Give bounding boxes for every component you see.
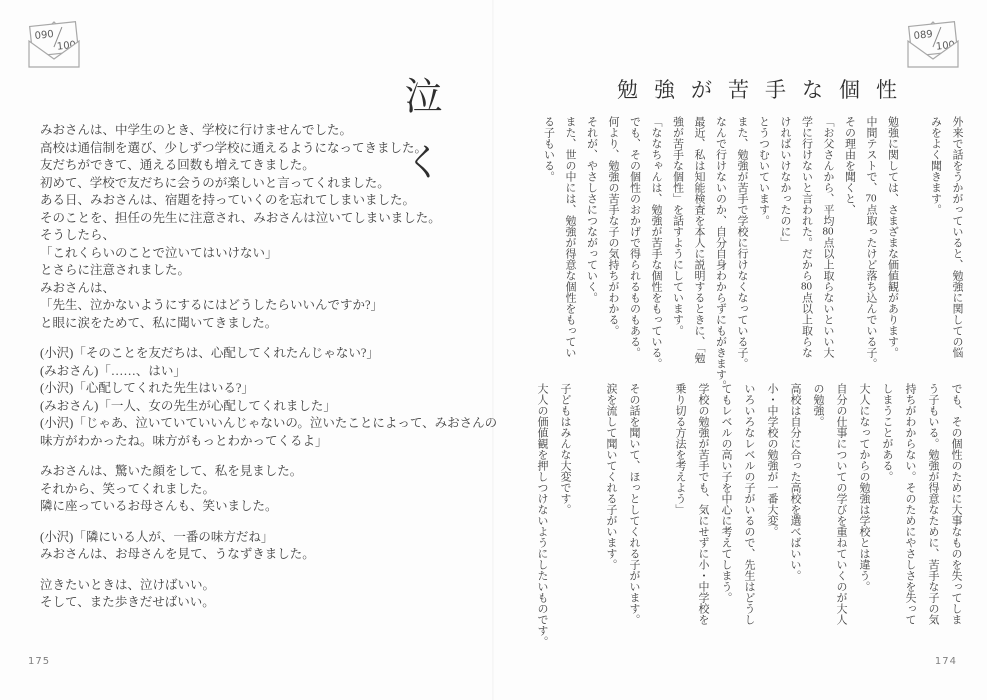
text-column: また、勉強が苦手で学校に行けなくなっている子。	[731, 116, 753, 384]
text-column: 乗り切る方法を考えよう」	[668, 383, 691, 628]
text-column: しまうことがある。	[875, 383, 898, 628]
text-line: 「先生、泣かないようにするにはどうしたらいいんですか?」	[40, 297, 497, 315]
text-column: る子もいる。	[537, 116, 559, 384]
text-column: いろいろなレベルの子がいるので、先生はどうし	[737, 383, 760, 628]
open-envelope-icon: 090 100	[22, 14, 86, 70]
text-column: 「ななちゃんは、勉強が苦手な個性をもっている。	[645, 116, 667, 384]
column-gap	[645, 383, 668, 628]
text-column: 高校は自分に合った高校を選べばいい。	[783, 383, 806, 628]
column-gap	[903, 116, 925, 384]
text-column: の勉強。	[806, 383, 829, 628]
text-line: 隣に座っているお母さんも、笑いました。	[40, 498, 497, 516]
text-line: と眼に涙をためて、私に聞いてきました。	[40, 315, 497, 333]
text-column: その理由を聞くと、	[838, 116, 860, 384]
column-gap	[576, 383, 599, 628]
text-line: みおさんは、驚いた顔をして、私を見ました。	[40, 463, 497, 481]
letter-count-badge-left: 090 100	[22, 14, 86, 70]
text-line: 泣きたいときは、泣けばいい。	[40, 577, 497, 595]
right-page-text-block-upper: 外来で話をうかがっていると、勉強に関しての悩みをよく聞きます。勉強に関しては、さ…	[537, 116, 967, 384]
text-line: (みおさん)「一人、女の先生が心配してくれました」	[40, 398, 497, 416]
text-column: 中間テストで、70点取ったけど落ち込んでいる子。	[860, 116, 882, 384]
text-column: でも、その個性のために大事なものを失ってしま	[944, 383, 967, 628]
text-line: とさらに注意されました。	[40, 262, 497, 280]
paragraph: (小沢)「そのことを友だちは、心配してくれたんじゃない?」(みおさん)「……、は…	[40, 345, 497, 450]
text-line: (小沢)「隣にいる人が、一番の味方だね」	[40, 529, 497, 547]
text-line: (小沢)「そのことを友だちは、心配してくれたんじゃない?」	[40, 345, 497, 363]
text-column: 強が苦手な個性」を話すようにしています。	[666, 116, 688, 384]
letter-count-badge-right: 089 100	[901, 14, 965, 70]
text-column: う子もいる。勉強が得意なために、苦手な子の気	[921, 383, 944, 628]
text-line: それから、笑ってくれました。	[40, 481, 497, 499]
text-line: みおさんは、中学生のとき、学校に行けませんでした。	[40, 122, 497, 140]
right-page-title: 勉強が苦手な個性	[545, 74, 985, 104]
text-column: 子どもはみんな大変です。	[553, 383, 576, 628]
text-line: ある日、みおさんは、宿題を持っていくのを忘れてしまいました。	[40, 192, 497, 210]
text-column: みをよく聞きます。	[924, 116, 946, 384]
badge-numerator: 090	[34, 29, 54, 42]
text-column: 勉強に関しては、さまざまな価値観があります。	[881, 116, 903, 384]
text-column: 最近、私は知能検査を本人に説明するときに、「勉	[688, 116, 710, 384]
text-column: 持ちがわからない。そのためにやさしさを失って	[898, 383, 921, 628]
text-column: 大人になってからの勉強は学校とは違う。	[852, 383, 875, 628]
text-line: (小沢)「心配してくれた先生はいる?」	[40, 380, 497, 398]
text-line: そして、また歩きだせばいい。	[40, 594, 497, 612]
text-line: (みおさん)「……、はい」	[40, 363, 497, 381]
text-column: 自分の仕事についての学びを重ねていくのが大人	[829, 383, 852, 628]
page-number-left: 175	[28, 656, 50, 667]
text-column: 「お父さんから、平均80点以上取らないといい大	[817, 116, 839, 384]
text-column: でも、その個性のおかげで得られるものもある。	[623, 116, 645, 384]
page-number-right: 174	[935, 656, 957, 667]
text-line: 初めて、学校で友だちに会うのが楽しいと言ってくれました。	[40, 175, 497, 193]
text-column: なんで行けないのか、自分自身わからずにもがきます。	[709, 116, 731, 384]
text-line: (小沢)「じゃあ、泣いていていいんじゃないの。泣いたことによって、みおさんの	[40, 415, 497, 433]
paragraph: みおさんは、驚いた顔をして、私を見ました。それから、笑ってくれました。隣に座って…	[40, 463, 497, 516]
left-page-body: みおさんは、中学生のとき、学校に行けませんでした。高校は通信制を選び、少しずつ学…	[40, 122, 497, 612]
paragraph: (小沢)「隣にいる人が、一番の味方だね」みおさんは、お母さんを見て、うなずきまし…	[40, 529, 497, 564]
text-column: ければいけなかったのに」	[774, 116, 796, 384]
text-line: みおさんは、	[40, 280, 497, 298]
text-column: 学に行けないと言われた。だから80点以上取らな	[795, 116, 817, 384]
paragraph: みおさんは、中学生のとき、学校に行けませんでした。高校は通信制を選び、少しずつ学…	[40, 122, 497, 332]
right-page-text-block-lower: でも、その個性のために大事なものを失ってしまう子もいる。勉強が得意なために、苦手…	[530, 383, 967, 628]
open-envelope-icon: 089 100	[901, 14, 965, 70]
text-column: 小・中学校の勉強が一番大変。	[760, 383, 783, 628]
text-line: 味方がわかったね。味方がもっとわかってくるよ」	[40, 433, 497, 451]
book-spread: 090 100 泣く みおさんは、中学生のとき、学校に行けませんでした。高校は通…	[0, 0, 987, 700]
text-column: また、世の中には、勉強が得意な個性をもってい	[559, 116, 581, 384]
text-column: 外来で話をうかがっていると、勉強に関しての悩	[946, 116, 968, 384]
text-column: 何より、勉強の苦手な子の気持ちがわかる。	[602, 116, 624, 384]
text-line: みおさんは、お母さんを見て、うなずきました。	[40, 546, 497, 564]
text-column: それが、やさしさにつながっていく。	[580, 116, 602, 384]
text-line: 友だちができて、通える回数も増えてきました。	[40, 157, 497, 175]
text-column: 学校の勉強が苦手でも、気にせずに小・中学校を	[691, 383, 714, 628]
paragraph: 泣きたいときは、泣けばいい。そして、また歩きだせばいい。	[40, 577, 497, 612]
text-line: そのことを、担任の先生に注意され、みおさんは泣いてしまいました。	[40, 210, 497, 228]
text-line: 「これくらいのことで泣いてはいけない」	[40, 245, 497, 263]
text-column: 大人の価値観を押しつけないようにしたいものです。	[530, 383, 553, 628]
text-column: その話を聞いて、ほっとしてくれる子がいます。	[622, 383, 645, 628]
text-column: てもレベルの高い子を中心に考えてしまう。	[714, 383, 737, 628]
text-column: とうつむいています。	[752, 116, 774, 384]
text-column: 涙を流して聞いてくれる子がいます。	[599, 383, 622, 628]
text-line: 高校は通信制を選び、少しずつ学校に通えるようになってきました。	[40, 140, 497, 158]
badge-numerator: 089	[913, 29, 933, 42]
text-line: そうしたら、	[40, 227, 497, 245]
